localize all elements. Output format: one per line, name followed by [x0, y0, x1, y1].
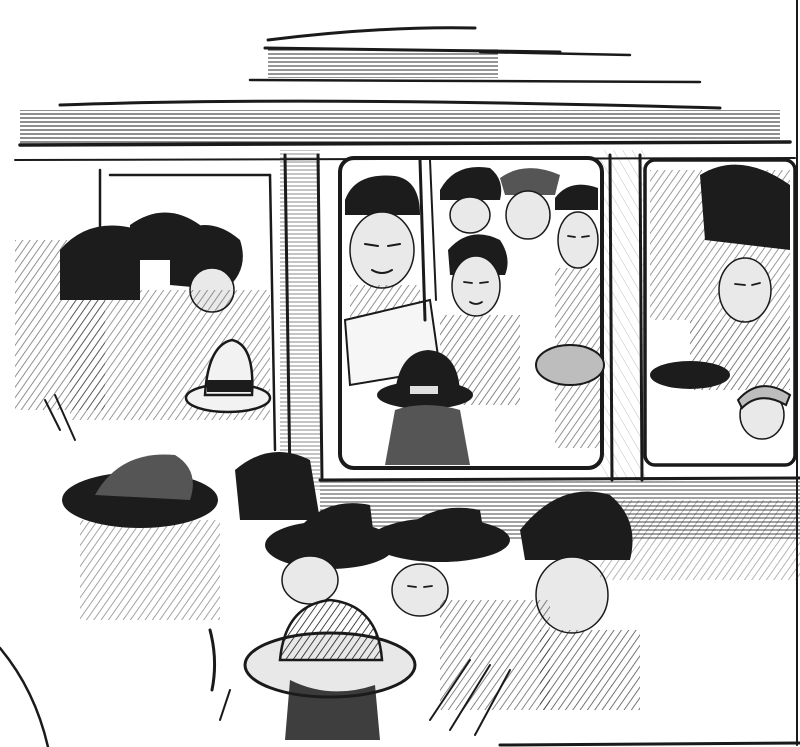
- hat-woman-left: [62, 455, 220, 621]
- crowd-hats-right: [520, 492, 800, 710]
- center-window: [340, 158, 604, 468]
- sailor-cap: [536, 345, 604, 385]
- crowd-hats-center: [235, 452, 510, 616]
- left-crowd: [15, 213, 270, 441]
- bottom-border: [500, 743, 800, 745]
- streetcar-illustration: [0, 0, 800, 747]
- streetcar-roof: [15, 28, 795, 160]
- right-window: [645, 160, 795, 465]
- bowler-foreground: [245, 600, 415, 740]
- corner-arc: [0, 648, 48, 747]
